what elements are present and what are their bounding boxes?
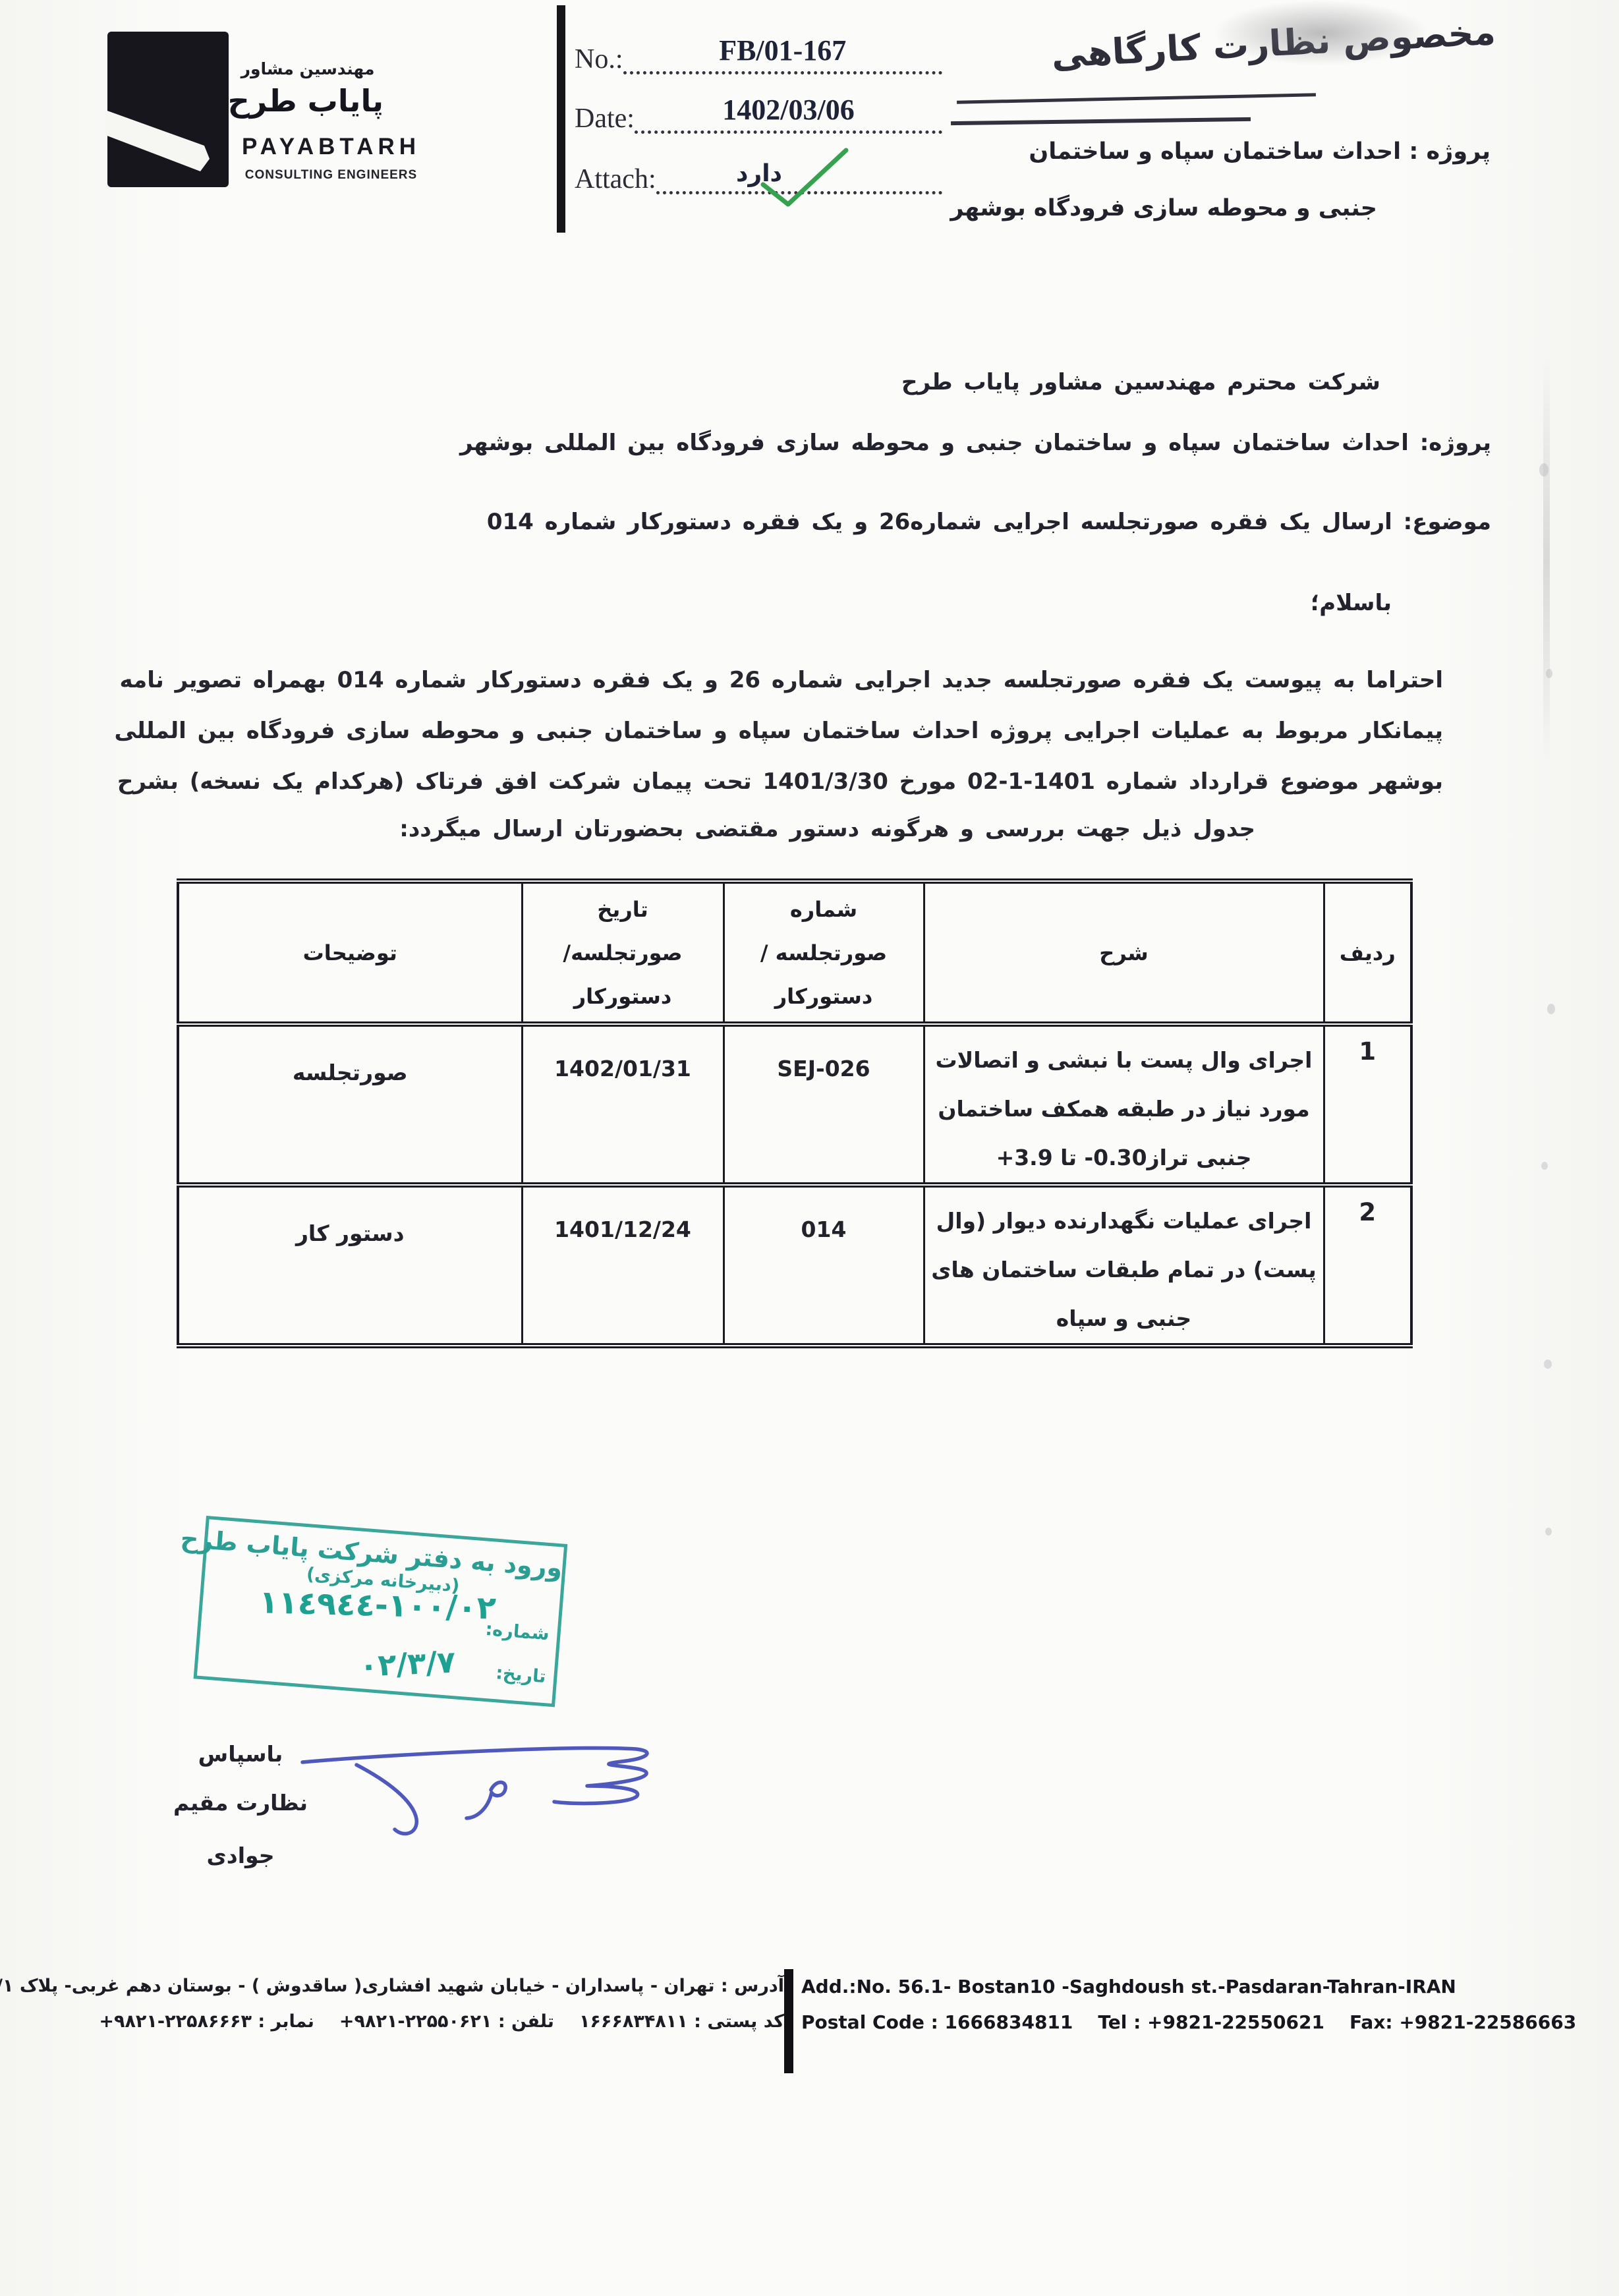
ref-no-value: FB/01-167	[719, 34, 846, 67]
logo-fa-tagline: مهندسین مشاور	[239, 59, 377, 78]
salutation: باسلام؛	[1311, 590, 1392, 616]
footer-en-postal: Postal Code : 1666834811	[801, 2011, 1073, 2033]
items-table-wrapper: ردیف شرح شماره صورتجلسه / دستورکار تاریخ…	[177, 878, 1413, 1348]
stamp-date-value: ٠٢/٣/٧	[358, 1644, 456, 1683]
row2-no: 2	[1324, 1185, 1411, 1346]
footer-divider-bar	[784, 1969, 793, 2073]
col-header-row-no: ردیف	[1324, 881, 1411, 1024]
row2-notes: دستور کار	[178, 1185, 522, 1346]
scan-artifact-speck	[1546, 669, 1552, 678]
footer-fa-tel: تلفن : +۹۸۲۱-۲۲۵۵۰۶۲۱	[339, 2011, 554, 2032]
row1-description: اجرای وال پست با نبشی و اتصالات مورد نیا…	[924, 1024, 1324, 1185]
subject-line: موضوع: ارسال یک فقره صورتجلسه اجرایی شما…	[487, 509, 1491, 535]
ref-attach-label: Attach:	[575, 165, 656, 194]
footer-fa-fax-value: +۹۸۲۱-۲۲۵۸۶۶۶۳	[99, 2011, 252, 2032]
ref-date-dotted-line: 1402/03/06	[635, 98, 942, 134]
stamp-date-label: تاریخ:	[495, 1663, 546, 1687]
table-header-row: ردیف شرح شماره صورتجلسه / دستورکار تاریخ…	[178, 881, 1411, 1024]
ref-no-row: No.: FB/01-167	[575, 38, 945, 74]
ref-date-value: 1402/03/06	[722, 93, 854, 127]
footer-fa-contact: کد پستی : ۱۶۶۶۸۳۴۸۱۱ تلفن : +۹۸۲۱-۲۲۵۵۰۶…	[99, 2011, 784, 2032]
office-entry-stamp: ورود به دفتر شرکت پایاب طرح (دبیرخانه مر…	[194, 1516, 568, 1707]
project-line: پروژه: احداث ساختمان سپاه و ساختمان جنبی…	[460, 430, 1491, 456]
signature-role: نظارت مقیم	[168, 1790, 313, 1816]
logo-en-name: PAYABTARH	[227, 134, 435, 160]
table-row: 2 اجرای عملیات نگهدارنده دیوار (وال پست)…	[178, 1185, 1411, 1346]
row2-date: 1401/12/24	[522, 1185, 724, 1346]
scan-artifact-speck	[1544, 1360, 1552, 1369]
hand-note-underline-2	[951, 117, 1251, 125]
row2-number: 014	[724, 1185, 924, 1346]
scan-artifact-smudge	[1212, 0, 1430, 66]
attach-checkmark-icon	[759, 145, 855, 212]
row1-notes: صورتجلسه	[178, 1024, 522, 1185]
logo-en-subtitle: CONSULTING ENGINEERS	[227, 168, 435, 183]
ref-no-label: No.:	[575, 45, 623, 74]
footer-en-contact: Postal Code : 1666834811 Tel : +9821-225…	[801, 2011, 1576, 2033]
payabtarh-logo-mark	[105, 30, 231, 189]
col-header-date: تاریخ صورتجلسه/ دستورکار	[522, 881, 724, 1024]
stamp-number-value: ١٠٠/٠٢-١١٤٩٤٤	[259, 1584, 497, 1626]
ref-no-dotted-line: FB/01-167	[623, 38, 943, 74]
addressee-line: شرکت محترم مهندسین مشاور پایاب طرح	[901, 369, 1380, 395]
col-header-description: شرح	[924, 881, 1324, 1024]
footer-en-tel: Tel : +9821-22550621	[1098, 2011, 1324, 2033]
signature-closing: باسپاس	[168, 1741, 313, 1767]
scanned-letter-page: مهندسین مشاور پایاب طرح PAYABTARH CONSUL…	[0, 0, 1619, 2296]
col-header-notes: توضیحات	[178, 881, 522, 1024]
footer-fa-fax: نمابر : +۹۸۲۱-۲۲۵۸۶۶۶۳	[99, 2011, 314, 2032]
footer-fa-fax-label: نمابر :	[258, 2011, 314, 2032]
letterhead-project-line-2: جنبی و محوطه سازی فرودگاه بوشهر	[950, 195, 1377, 221]
ref-date-label: Date:	[575, 105, 635, 134]
footer-fa-tel-value: +۹۸۲۱-۲۲۵۵۰۶۲۱	[339, 2011, 492, 2032]
footer-en-address: Add.:No. 56.1- Bostan10 -Saghdoush st.-P…	[801, 1976, 1456, 1997]
letterhead-project-line-1: پروژه : احداث ساختمان سپاه و ساختمان	[1029, 138, 1491, 165]
paragraph-line-3: بوشهر موضوع قرارداد شماره 1401-1-02 مورخ…	[117, 768, 1443, 795]
handwritten-signature	[293, 1732, 662, 1854]
hand-note-underline-1	[957, 93, 1316, 103]
col-header-number: شماره صورتجلسه / دستورکار	[724, 881, 924, 1024]
scan-artifact-streak	[1543, 356, 1550, 764]
table-row: 1 اجرای وال پست با نبشی و اتصالات مورد ن…	[178, 1024, 1411, 1185]
paragraph-line-1: احتراما به پیوست یک فقره صورتجلسه جدید ا…	[120, 667, 1443, 693]
scan-artifact-speck	[1547, 1004, 1555, 1014]
paragraph-line-2: پیمانکار مربوط به عملیات اجرایی پروژه اح…	[114, 718, 1443, 744]
paragraph-line-4: جدول ذیل جهت بررسی و هرگونه دستور مقتضی …	[399, 816, 1255, 842]
row1-no: 1	[1324, 1024, 1411, 1185]
signature-name: جوادی	[168, 1843, 313, 1868]
scan-artifact-speck	[1539, 463, 1548, 476]
footer-fa-postal: کد پستی : ۱۶۶۶۸۳۴۸۱۱	[579, 2011, 784, 2032]
items-table: ردیف شرح شماره صورتجلسه / دستورکار تاریخ…	[177, 878, 1413, 1348]
row1-date: 1402/01/31	[522, 1024, 724, 1185]
ref-date-row: Date: 1402/03/06	[575, 98, 945, 134]
ref-divider-bar	[557, 5, 565, 233]
footer-fa-address: آدرس : تهران - پاسداران - خیابان شهید اف…	[0, 1976, 784, 1996]
scan-artifact-speck	[1545, 1528, 1552, 1535]
row2-description: اجرای عملیات نگهدارنده دیوار (وال پست) د…	[924, 1185, 1324, 1346]
scan-artifact-speck	[1541, 1162, 1548, 1170]
footer-fa-tel-label: تلفن :	[498, 2011, 554, 2032]
footer-en-fax: Fax: +9821-22586663	[1349, 2011, 1576, 2033]
logo-fa-name: پایاب طرح	[258, 83, 383, 119]
row1-number: SEJ-026	[724, 1024, 924, 1185]
